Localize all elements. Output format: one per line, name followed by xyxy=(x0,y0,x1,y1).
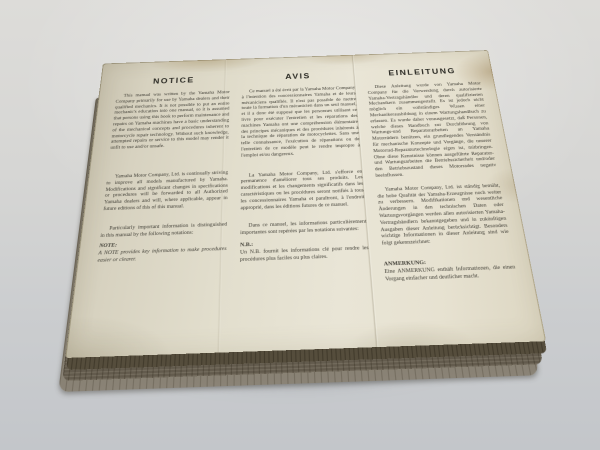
column-avis: AVIS Ce manuel a été écrit par la Yamaha… xyxy=(239,70,374,322)
notice-note-text: A NOTE provides key information to make … xyxy=(97,246,227,265)
einleitung-paragraph-1: Diese Anleitung wurde von Yamaha Motor C… xyxy=(367,81,498,179)
notice-paragraph-3: Particularly important information is di… xyxy=(100,221,227,239)
notice-title: NOTICE xyxy=(117,75,230,88)
avis-title: AVIS xyxy=(242,70,355,83)
page-columns: NOTICE This manual was written by the Ya… xyxy=(65,50,546,358)
column-notice: NOTICE This manual was written by the Ya… xyxy=(90,74,230,327)
photo-scene: NOTICE This manual was written by the Ya… xyxy=(0,0,600,450)
column-einleitung: EINLEITUNG Diese Anleitung wurde von Yam… xyxy=(366,65,524,316)
avis-paragraph-3: Dans ce manuel, les informations particu… xyxy=(240,219,367,237)
einleitung-title: EINLEITUNG xyxy=(366,66,479,79)
avis-paragraph-1: Ce manuel a été écrit par la Yamaha Moto… xyxy=(241,85,361,159)
manual-open-page: NOTICE This manual was written by the Ya… xyxy=(65,50,546,358)
notice-paragraph-1: This manual was written by the Yamaha Mo… xyxy=(110,90,230,152)
avis-paragraph-2: La Yamaha Motor Company, Ltd. s'efforce … xyxy=(240,169,365,212)
avis-note-text: Un N.B. fournit les informations clé pou… xyxy=(240,245,370,264)
einleitung-paragraph-2: Yamaha Motor Company, Ltd. ist ständig b… xyxy=(377,183,511,248)
notice-paragraph-2: Yamaha Motor Company, Ltd. is continuall… xyxy=(103,170,228,213)
